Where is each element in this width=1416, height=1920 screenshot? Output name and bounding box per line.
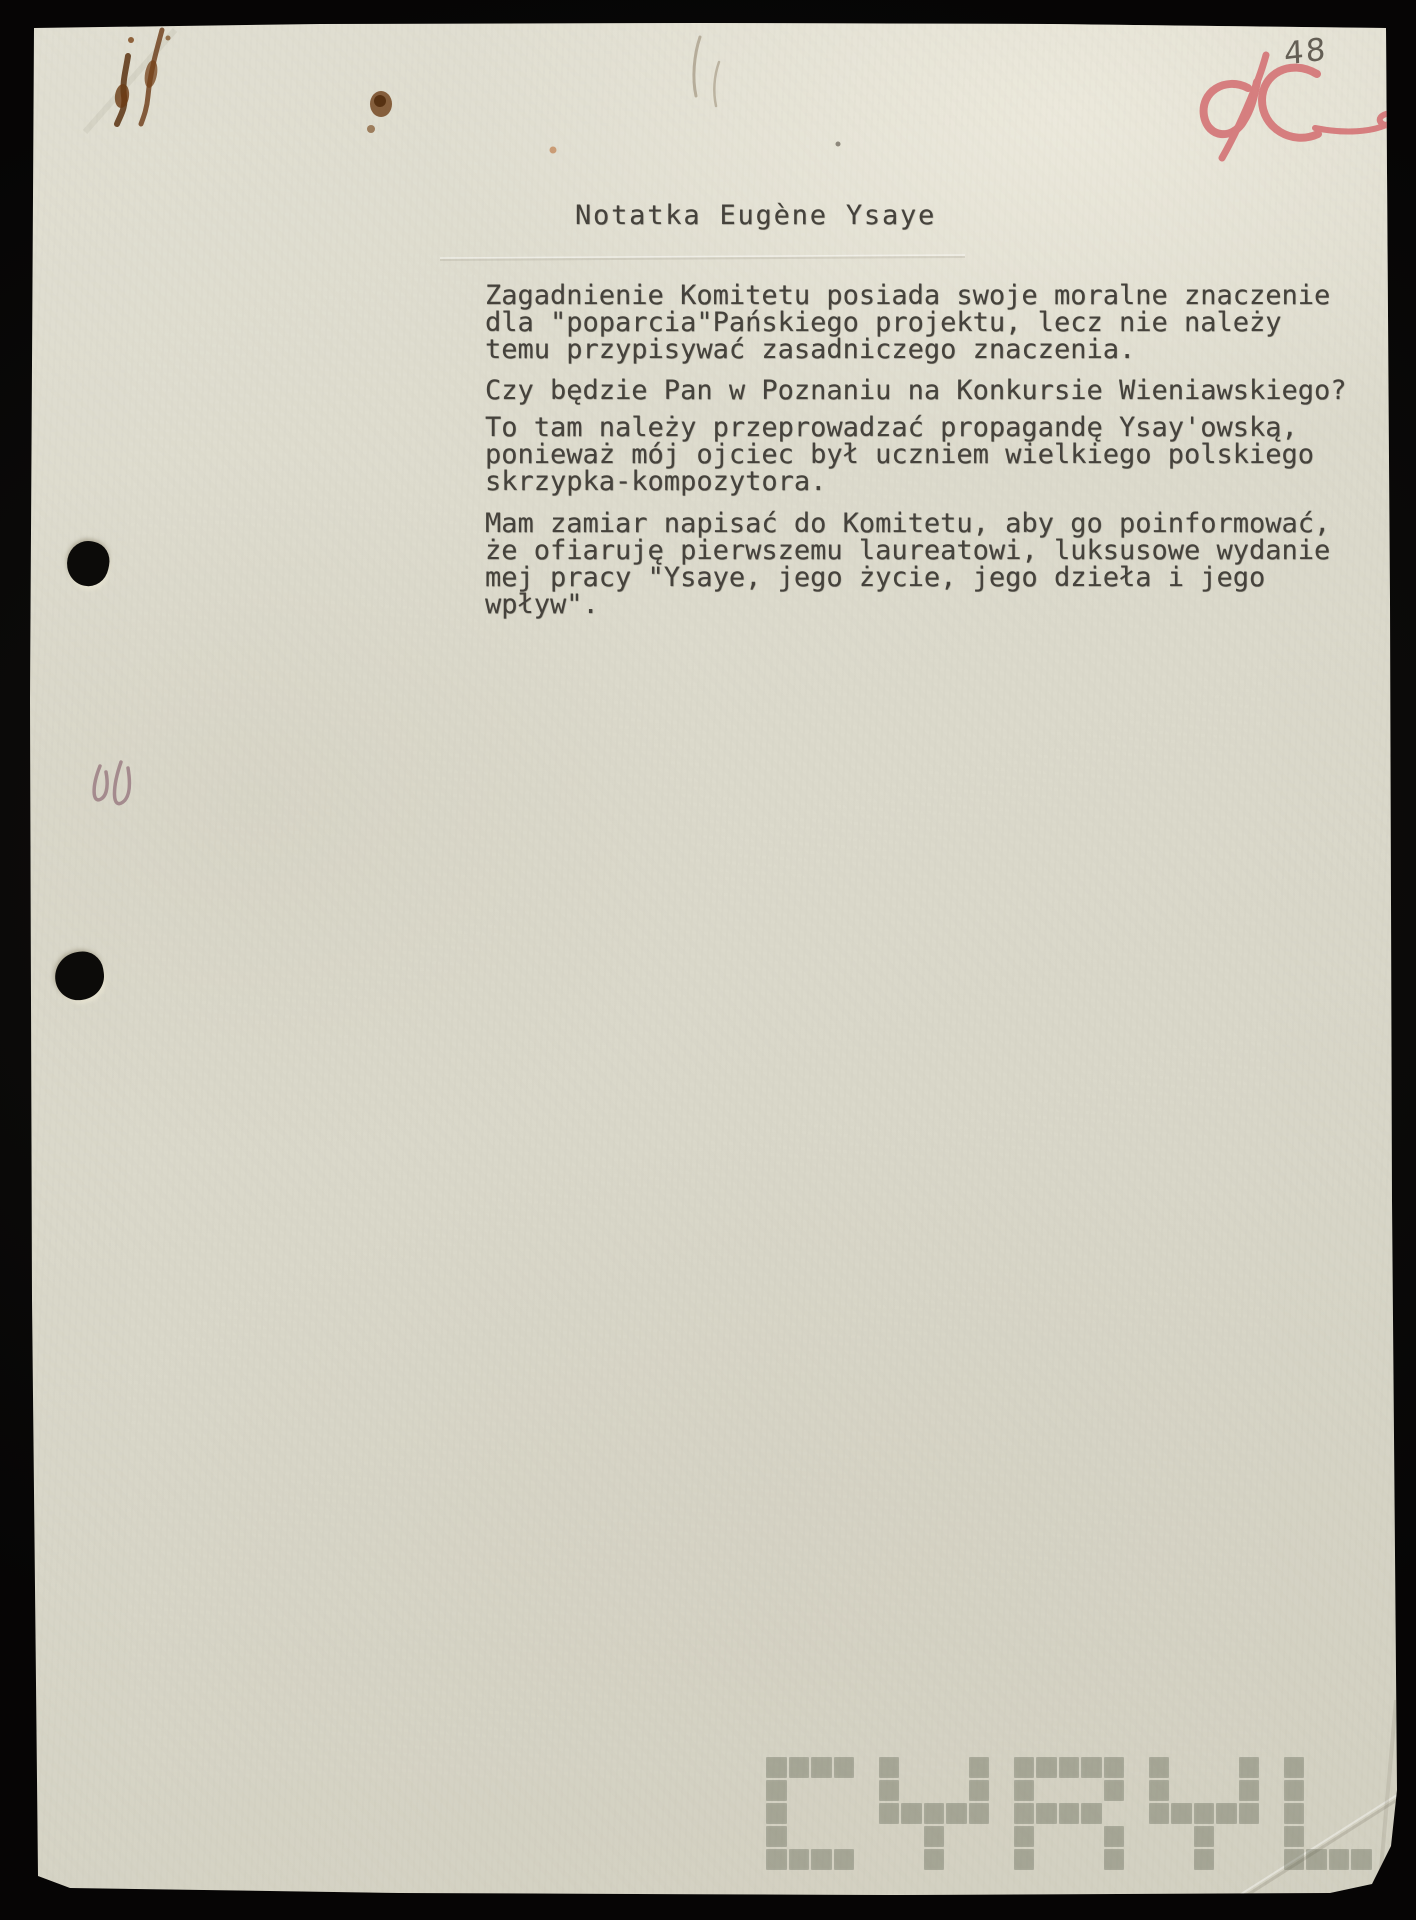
scan-background: Notatka Eugène Ysaye Zagadnienie Komitet… xyxy=(0,0,1416,1920)
watermark-tile xyxy=(834,1849,855,1870)
paper-sheet: Notatka Eugène Ysaye Zagadnienie Komitet… xyxy=(0,0,1416,1920)
watermark-tile xyxy=(879,1757,900,1778)
watermark-tile xyxy=(811,1757,832,1778)
watermark-tile xyxy=(946,1803,967,1824)
watermark-tile xyxy=(1351,1849,1372,1870)
watermark-tile xyxy=(766,1757,787,1778)
watermark-tile xyxy=(766,1780,787,1801)
watermark-tile xyxy=(1284,1780,1305,1801)
watermark-tile xyxy=(1171,1803,1192,1824)
watermark-tile xyxy=(766,1803,787,1824)
red-pencil-signature xyxy=(1204,55,1410,158)
watermark-tile xyxy=(789,1849,810,1870)
document-title: Notatka Eugène Ysaye xyxy=(575,202,936,229)
watermark-tile xyxy=(1194,1826,1215,1847)
watermark-tile xyxy=(1239,1780,1260,1801)
watermark-tile xyxy=(766,1849,787,1870)
page-number: 48 xyxy=(1284,31,1328,72)
watermark-tile xyxy=(1149,1803,1170,1824)
watermark-tile xyxy=(1284,1803,1305,1824)
watermark-tile xyxy=(969,1757,990,1778)
watermark-tile xyxy=(1216,1803,1237,1824)
watermark-tile xyxy=(969,1780,990,1801)
watermark-tile xyxy=(1239,1803,1260,1824)
rust-spot xyxy=(367,91,841,154)
cyryl-watermark xyxy=(766,1757,1376,1875)
watermark-tile xyxy=(1036,1803,1057,1824)
watermark-tile xyxy=(834,1757,855,1778)
watermark-tile xyxy=(766,1826,787,1847)
watermark-tile xyxy=(1059,1803,1080,1824)
watermark-tile xyxy=(1239,1757,1260,1778)
watermark-tile xyxy=(1329,1849,1350,1870)
watermark-tile xyxy=(789,1757,810,1778)
paragraph-1: Zagadnienie Komitetu posiada swoje moral… xyxy=(485,282,1330,363)
watermark-tile xyxy=(924,1803,945,1824)
watermark-tile xyxy=(811,1849,832,1870)
watermark-tile xyxy=(1081,1757,1102,1778)
watermark-tile xyxy=(1284,1826,1305,1847)
watermark-tile xyxy=(1149,1780,1170,1801)
watermark-tile xyxy=(1306,1849,1327,1870)
watermark-tile xyxy=(901,1803,922,1824)
watermark-tile xyxy=(1104,1757,1125,1778)
watermark-tile xyxy=(1014,1803,1035,1824)
watermark-tile xyxy=(1014,1780,1035,1801)
watermark-tile xyxy=(1104,1826,1125,1847)
watermark-tile xyxy=(924,1826,945,1847)
pencil-strokes-top-center xyxy=(694,37,719,106)
watermark-tile xyxy=(924,1849,945,1870)
hole-punch-top xyxy=(63,537,113,590)
watermark-tile xyxy=(1194,1849,1215,1870)
watermark-tile xyxy=(1014,1849,1035,1870)
watermark-tile xyxy=(1104,1849,1125,1870)
watermark-tile xyxy=(1014,1826,1035,1847)
rust-stain-top-left xyxy=(113,30,170,124)
watermark-tile xyxy=(1194,1803,1215,1824)
paragraph-2: Czy będzie Pan w Poznaniu na Konkursie W… xyxy=(485,377,1347,404)
watermark-tile xyxy=(1104,1780,1125,1801)
watermark-tile xyxy=(1059,1757,1080,1778)
watermark-tile xyxy=(1036,1757,1057,1778)
paragraph-4: Mam zamiar napisać do Komitetu, aby go p… xyxy=(485,510,1330,618)
watermark-tile xyxy=(1149,1757,1170,1778)
watermark-tile xyxy=(1081,1803,1102,1824)
watermark-tile xyxy=(879,1803,900,1824)
hole-punch-bottom xyxy=(52,948,108,1003)
purple-pencil-mark xyxy=(94,762,129,804)
watermark-tile xyxy=(1284,1849,1305,1870)
paragraph-3: To tam należy przeprowadzać propagandę Y… xyxy=(485,414,1314,495)
watermark-tile xyxy=(1014,1757,1035,1778)
watermark-tile xyxy=(1284,1757,1305,1778)
watermark-tile xyxy=(969,1803,990,1824)
watermark-tile xyxy=(879,1780,900,1801)
